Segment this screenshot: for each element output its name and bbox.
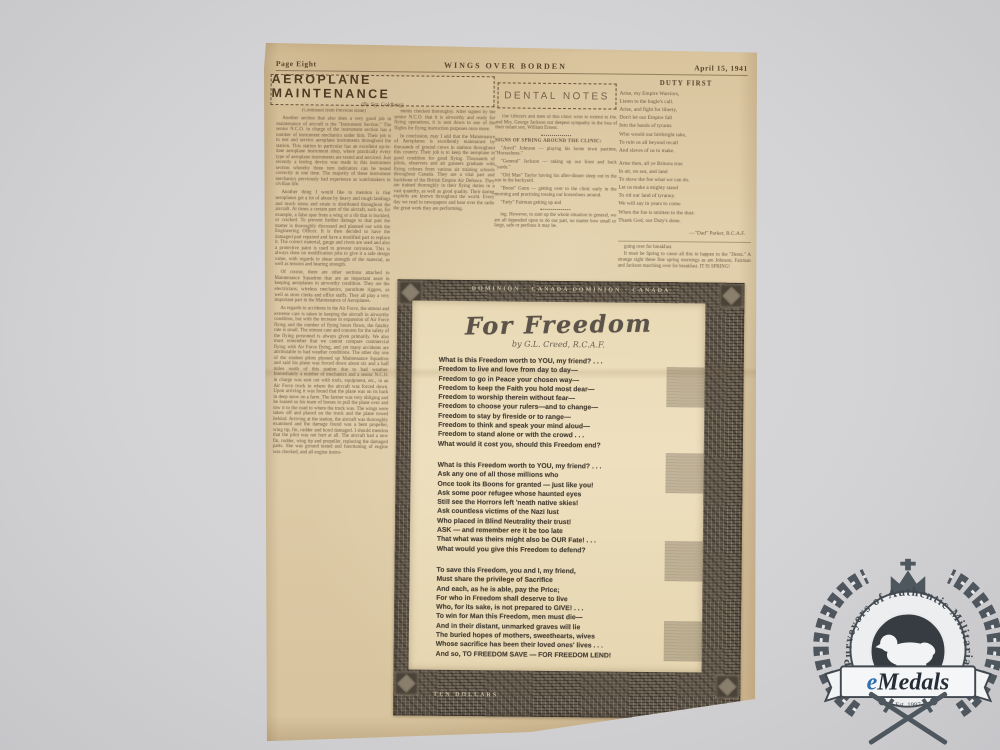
maple-leaf-medallion-icon <box>715 675 739 699</box>
article-column-2: ments checked thoroughly. After signed b… <box>393 109 496 276</box>
duty-first-title: DUTY FIRST <box>620 80 753 88</box>
poem-stanza: What is this Freedom worth to YOU, my fr… <box>437 461 704 557</box>
dental-notes-title: DENTAL NOTES <box>504 90 610 102</box>
article-headline-box: AEROPLANE MAINTENANCE (By Sgt. Goldberg) <box>270 74 494 107</box>
duty-first-stanza: Arise, my Empire Warriors, Listen to the… <box>619 90 753 156</box>
footer-paragraph: It must be Spring to cause all this to h… <box>618 252 751 270</box>
for-freedom-poem-panel: For Freedom by G.L. Creed, R.C.A.F. What… <box>409 300 706 672</box>
article-paragraph: Another thing I would like to mention is… <box>275 190 391 269</box>
emedals-emblem-icon: Purveyors of Authentic Militaria eMedals… <box>812 555 1000 747</box>
dental-item: "Old Man" Taylor having his after-dinner… <box>495 173 617 185</box>
article-paragraph: In conclusion, may I add that the Mainte… <box>393 134 495 212</box>
newspaper-title: WINGS OVER BORDEN <box>444 61 567 71</box>
dental-subhead: SIGNS OF SPRING AROUND THE CLINIC: <box>495 138 617 145</box>
article-title: AEROPLANE MAINTENANCE <box>271 72 493 102</box>
page-number-label: Page Eight <box>276 59 317 68</box>
continued-note: (Continued from Previous Issue) <box>276 108 391 115</box>
dental-notes-box: DENTAL NOTES <box>497 82 616 109</box>
dental-footer: ing. However, to sum up the whole situat… <box>494 213 616 231</box>
article-paragraph: ments checked thoroughly. After signed b… <box>394 109 495 132</box>
article-paragraph: Of course, there are other sections atta… <box>274 270 389 304</box>
dental-paragraph: The Officers and men of this clinic wish… <box>495 114 617 132</box>
newspaper-page: Page Eight WINGS OVER BORDEN April 15, 1… <box>264 40 758 744</box>
dental-item: "General" Jackson — raking up our front … <box>495 160 617 172</box>
article-paragraph: Another section that also does a very go… <box>276 116 392 189</box>
duty-first-signature: —"Dad" Parker, R.C.A.F. <box>618 229 751 236</box>
dental-item: "Boost" Gunn — getting over to the clini… <box>494 187 616 199</box>
poem-body: What is this Freedom worth to YOU, my fr… <box>409 355 705 661</box>
article-byline: (By Sgt. Goldberg) <box>361 102 403 108</box>
article-paragraph: As regards to accidents in the Air Force… <box>273 306 390 457</box>
bond-border-text-bottom: TEN DOLLARS <box>433 692 498 699</box>
poem-title: For Freedom <box>412 308 705 342</box>
maple-leaf-medallion-icon <box>394 671 418 695</box>
poem-stanza: To save this Freedom, you and I, my frie… <box>436 566 703 662</box>
emedals-watermark: Purveyors of Authentic Militaria eMedals… <box>812 555 1000 747</box>
section-divider <box>541 134 571 135</box>
bond-border-text-top: DOMINION · CANADA DOMINION · CANADA <box>431 286 710 295</box>
poem-stanza: What is this Freedom worth to YOU, my fr… <box>438 356 705 452</box>
duty-column-footer: going over for breakfast. It must be Spr… <box>618 240 751 270</box>
article-column-1: (Continued from Previous Issue) Another … <box>270 108 391 705</box>
dental-item: "Anvil" Johnson — playing his home town … <box>495 146 617 158</box>
page-content: Page Eight WINGS OVER BORDEN April 15, 1… <box>264 40 758 744</box>
for-freedom-bond-frame: DOMINION · CANADA DOMINION · CANADA TEN … <box>393 279 745 719</box>
brand-wordmark: eMedals <box>867 669 950 695</box>
section-divider <box>540 209 570 210</box>
brand-banner: eMedals <box>825 666 990 701</box>
duty-first-stanza: Arise then, all ye Britons true In air, … <box>618 159 752 225</box>
issue-date: April 15, 1941 <box>694 63 748 73</box>
maple-leaf-medallion-icon <box>719 284 743 308</box>
established-label: Est. 1997 <box>895 702 921 709</box>
footer-paragraph: going over for breakfast. <box>618 244 751 251</box>
product-photo: { "masthead": { "page_label": "Page Eigh… <box>0 0 1000 750</box>
dental-item: "Fatty" Fairman getting up and <box>494 200 616 207</box>
